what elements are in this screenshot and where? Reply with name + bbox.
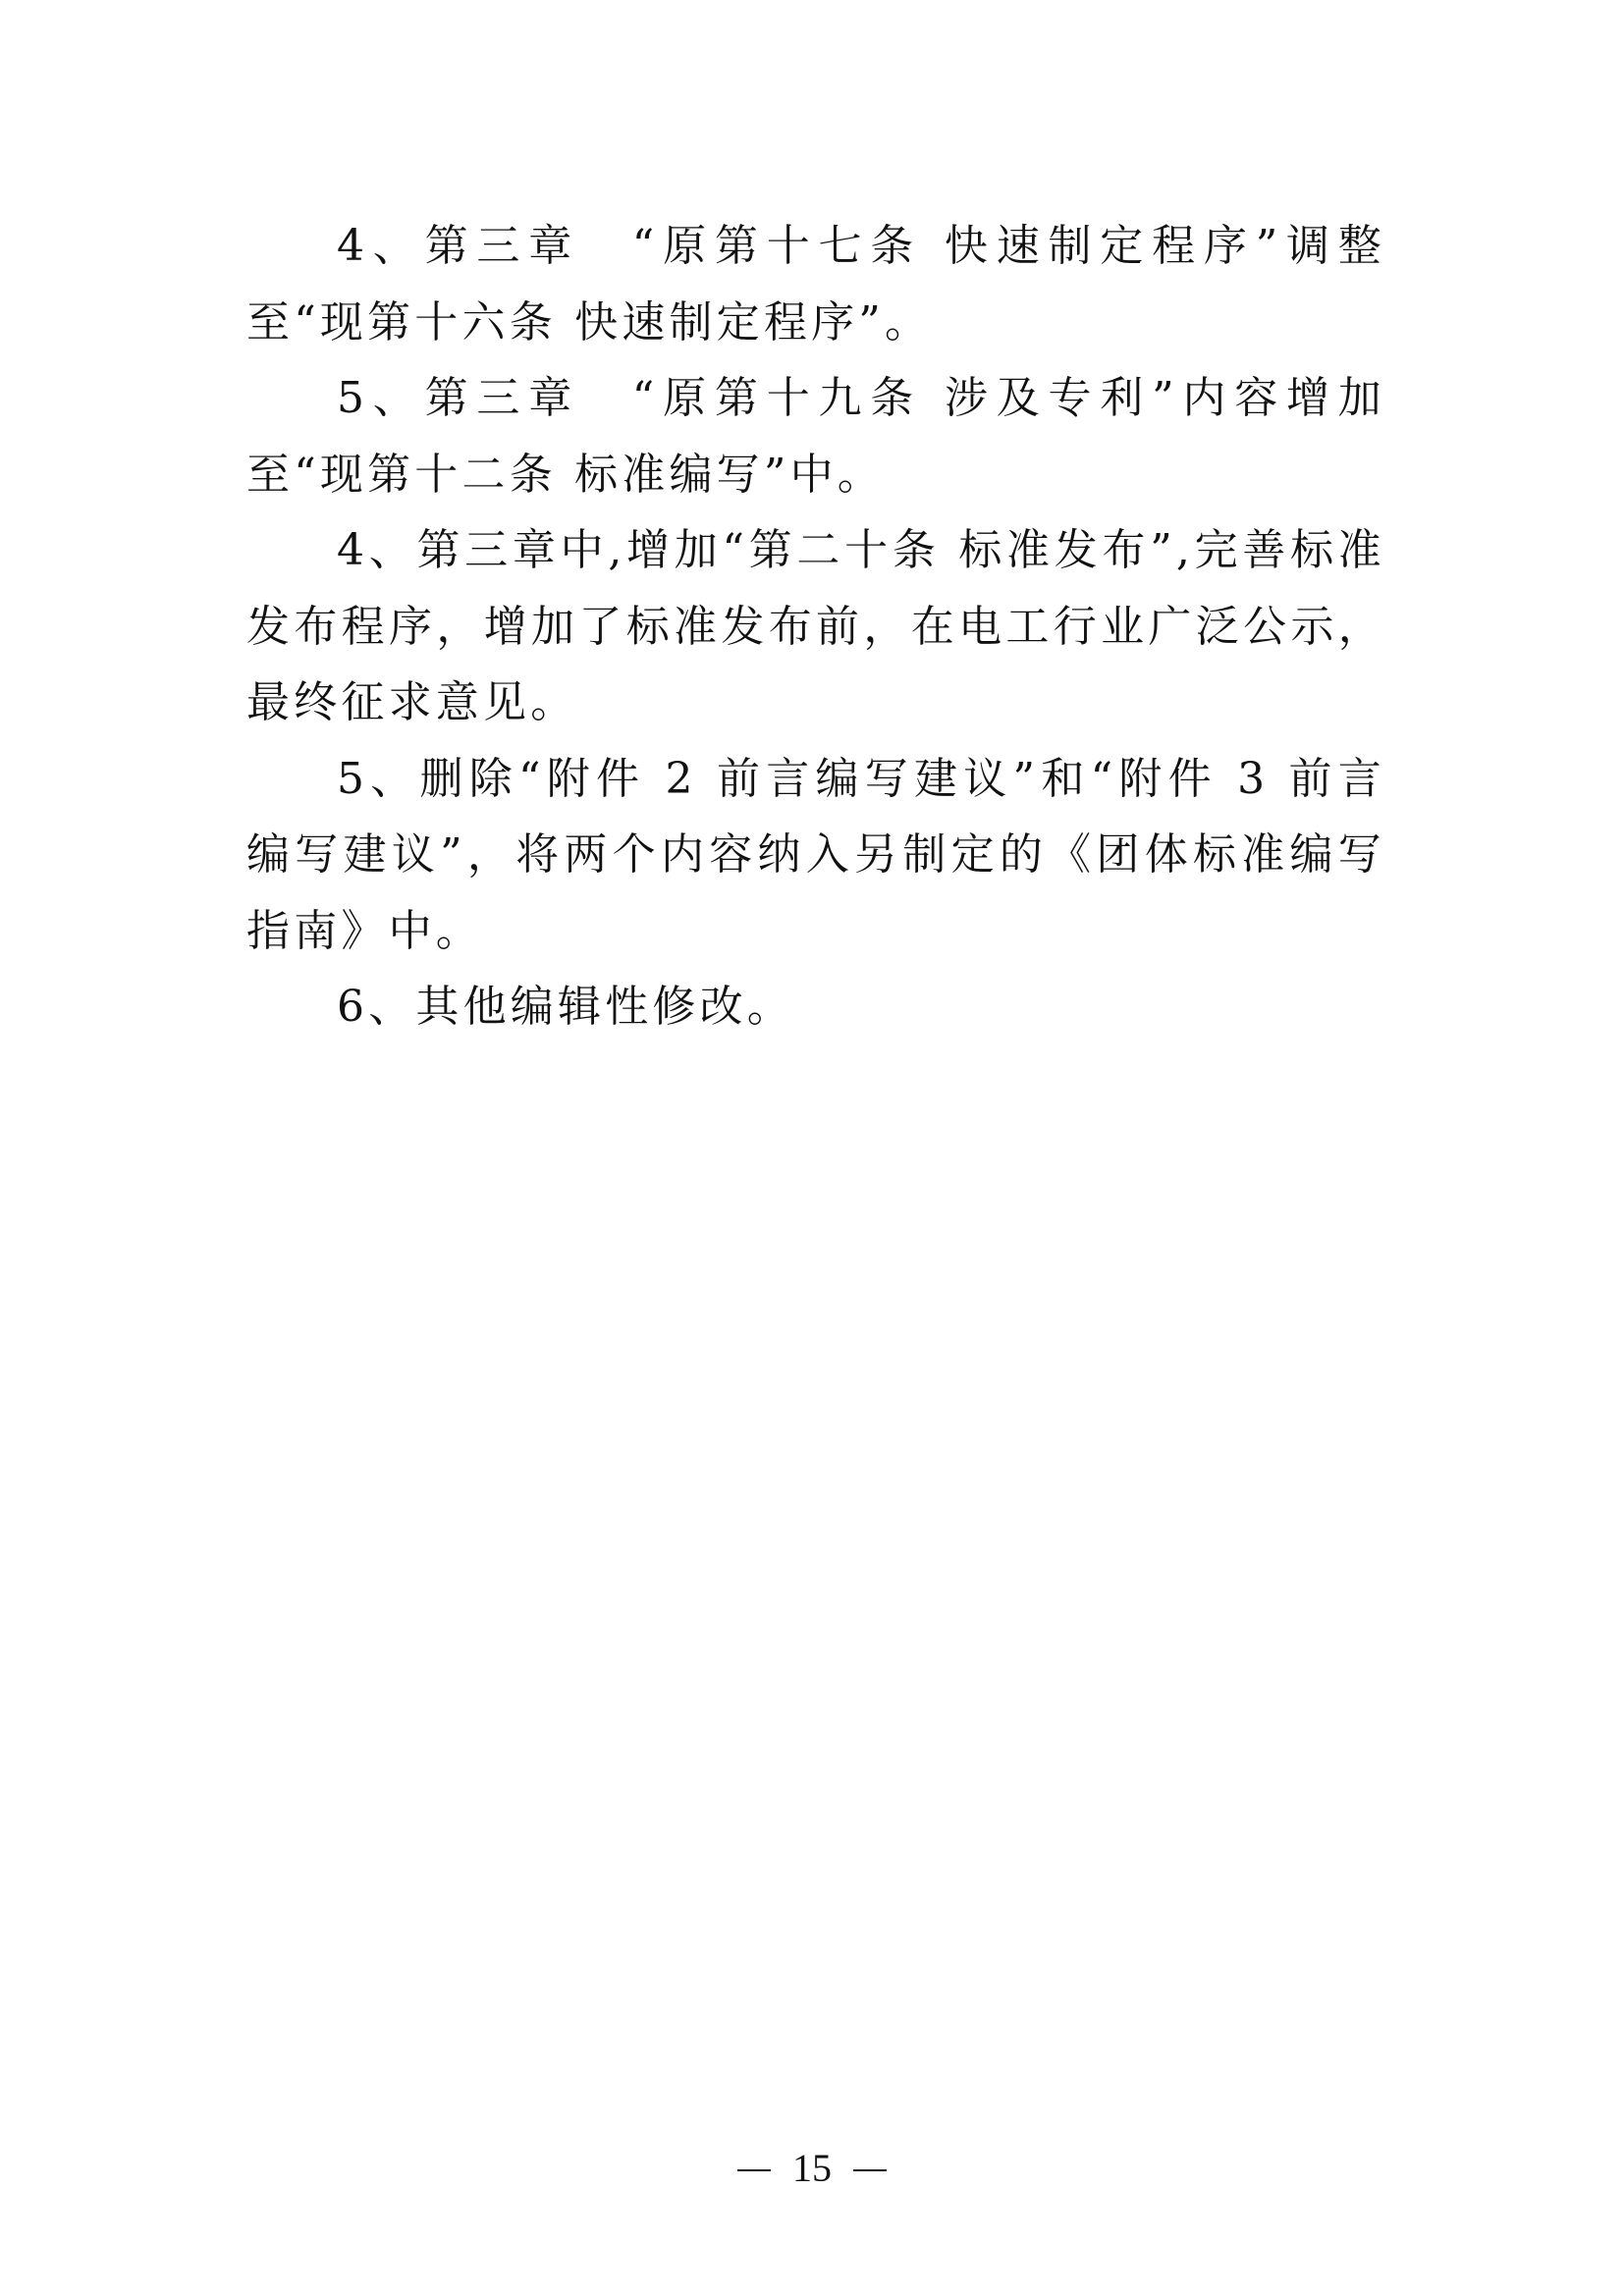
paragraph-item-5-chapter3-patents: 5、第三章 “原第十九条 涉及专利”内容增加至“现第十二条 标准编写”中。 <box>246 360 1385 512</box>
paragraph-item-5-delete-appendices: 5、删除“附件 2 前言编写建议”和“附件 3 前言编写建议”，将两个内容纳入另… <box>246 741 1385 970</box>
right-dash-decoration <box>853 2169 887 2171</box>
page-number-footer: 15 <box>0 2141 1624 2196</box>
document-page: 4、第三章 “原第十七条 快速制定程序”调整至“现第十六条 快速制定程序”。 5… <box>0 0 1624 2296</box>
left-dash-decoration <box>737 2169 771 2171</box>
paragraph-item-4-chapter3-rapid-procedure: 4、第三章 “原第十七条 快速制定程序”调整至“现第十六条 快速制定程序”。 <box>246 208 1385 360</box>
body-text: 4、第三章 “原第十七条 快速制定程序”调整至“现第十六条 快速制定程序”。 5… <box>246 208 1385 1045</box>
paragraph-item-4-chapter3-standard-release: 4、第三章中,增加“第二十条 标准发布”,完善标准发布程序，增加了标准发布前，在… <box>246 512 1385 741</box>
paragraph-item-6-editorial-changes: 6、其他编辑性修改。 <box>246 969 1385 1045</box>
page-number: 15 <box>792 2146 832 2190</box>
